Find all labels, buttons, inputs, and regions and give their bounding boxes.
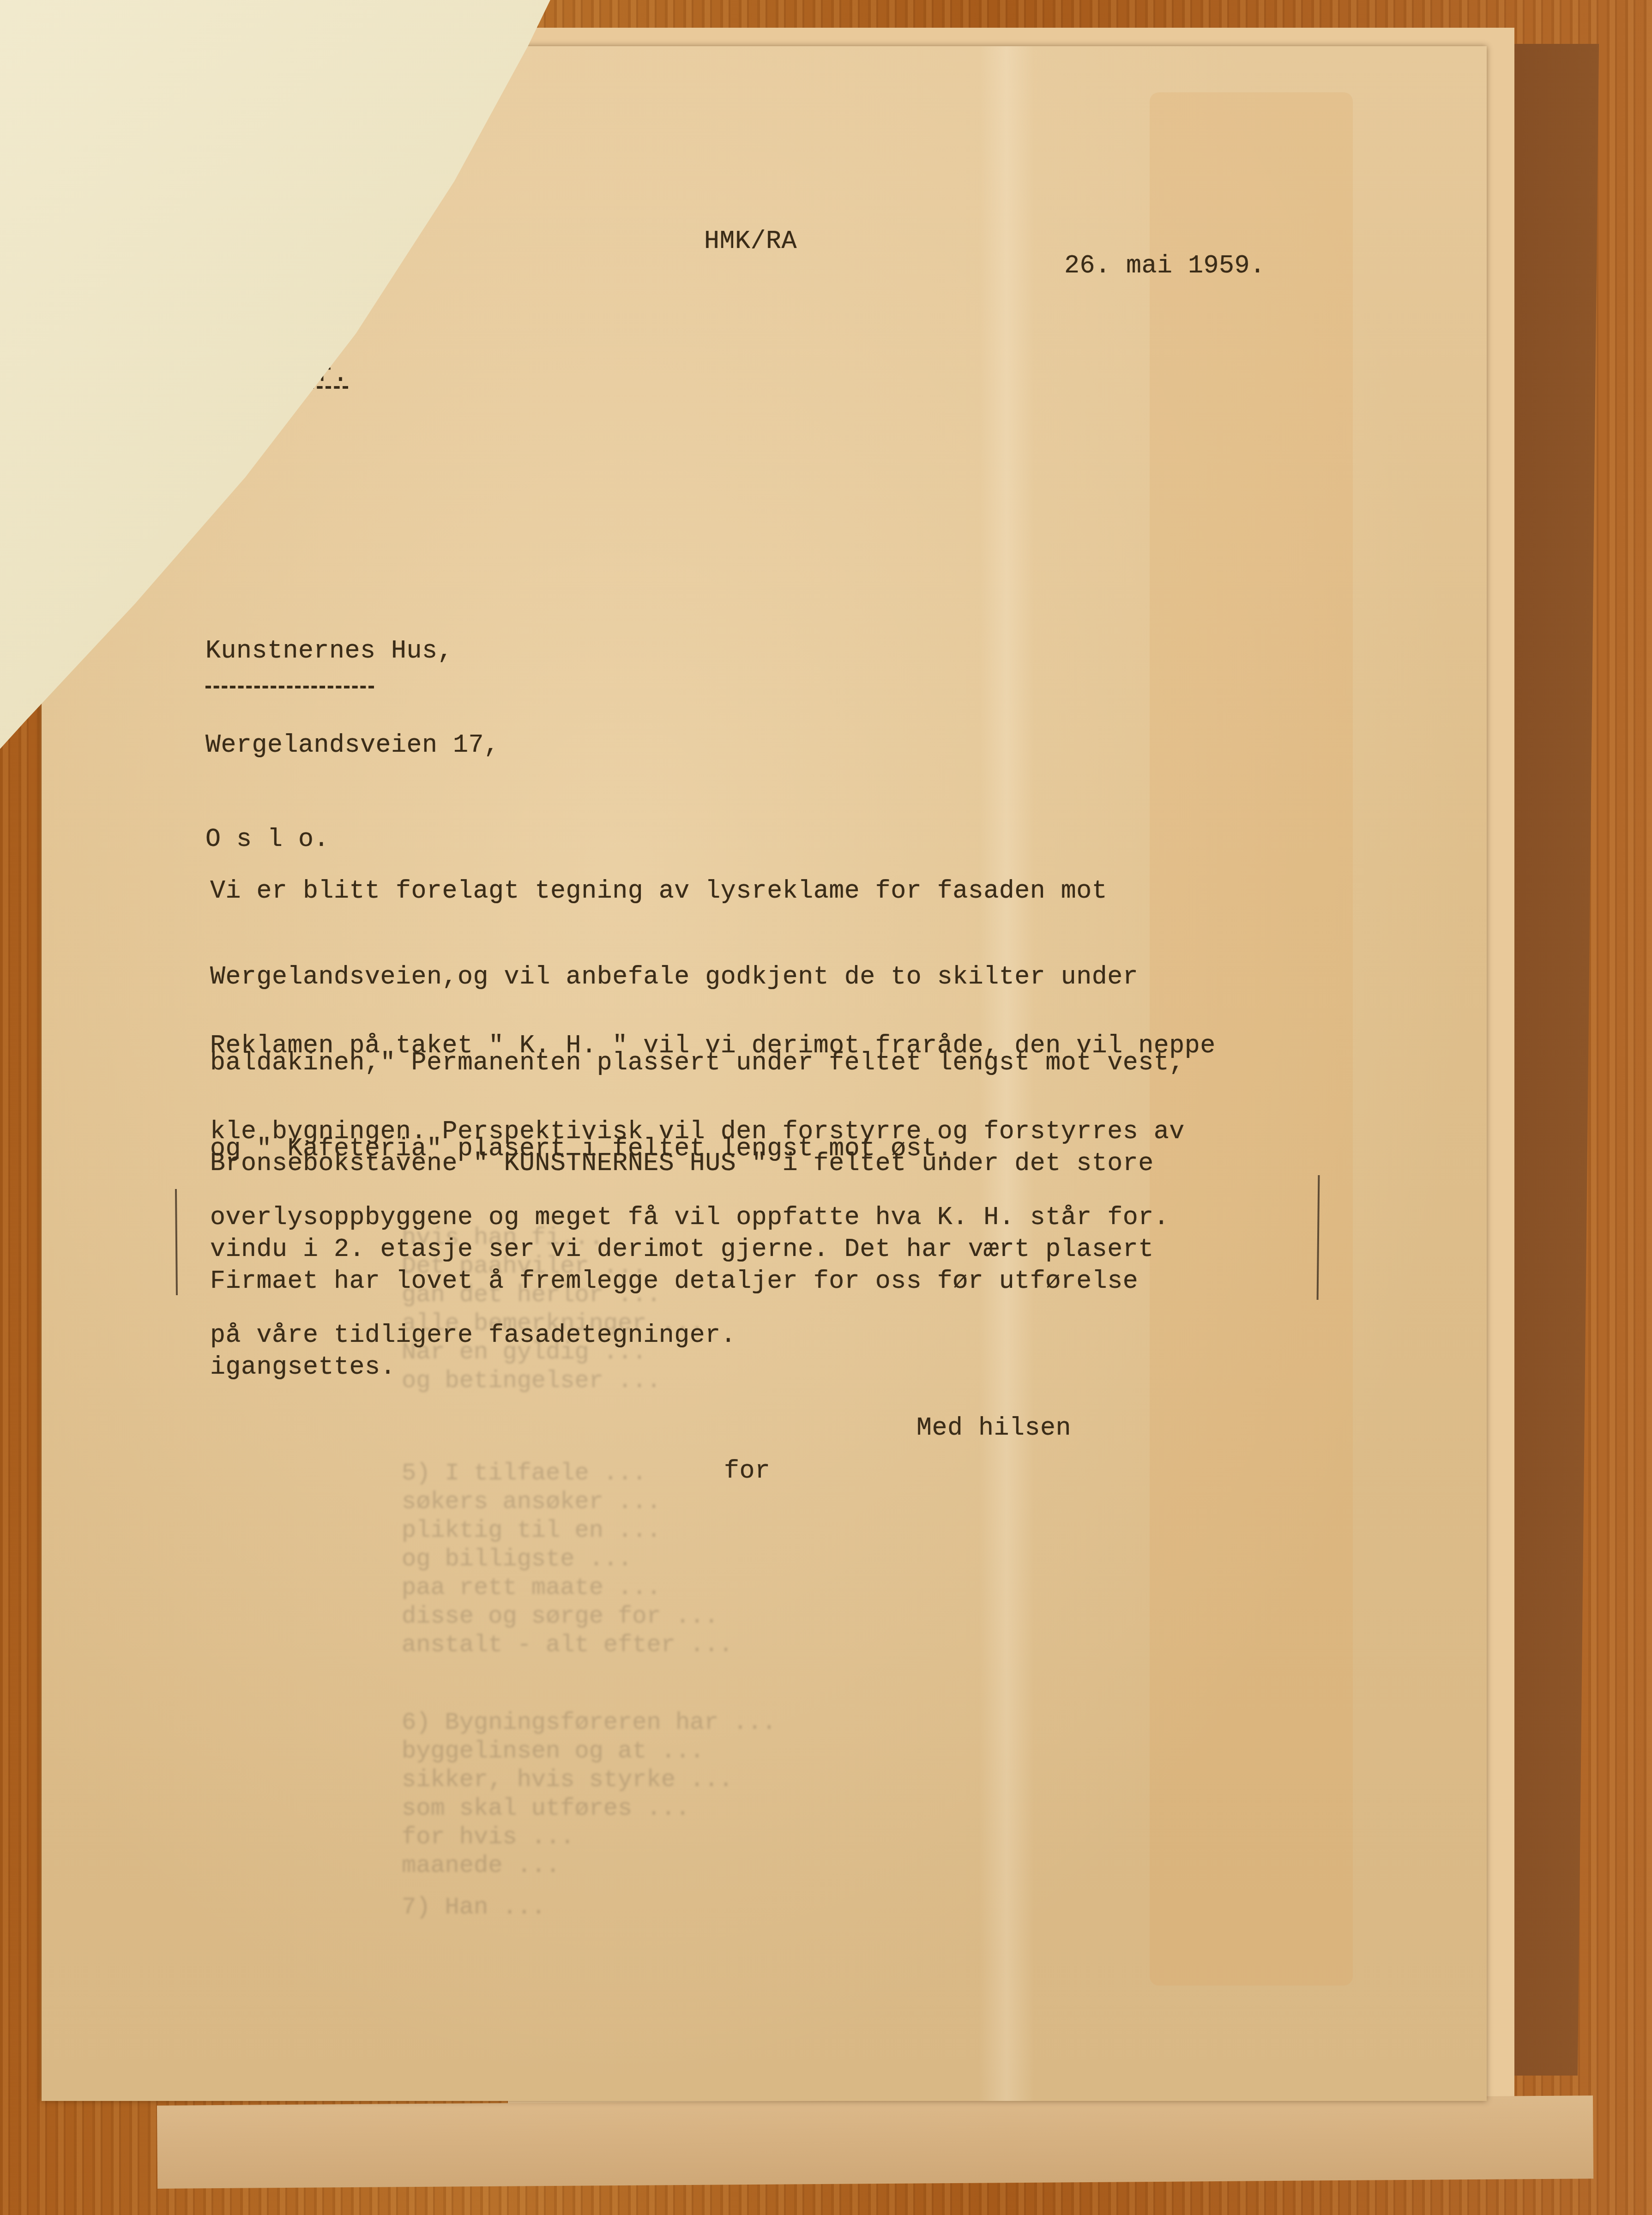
paragraph-line: Firmaet har lovet å fremlegge detaljer f… <box>210 1267 1411 1296</box>
reference-code: HMK/RA <box>704 227 797 256</box>
paragraph-4: Firmaet har lovet å fremlegge detaljer f… <box>210 1210 1411 1410</box>
curl-show-through-text: ... ... ... <box>0 0 138 455</box>
paragraph-line: Reklamen på taket " K. H. " vil vi derim… <box>210 1032 1411 1060</box>
address-line-street: Wergelandsveien 17, <box>205 730 500 761</box>
address-line-name: Kunstnernes Hus, <box>205 635 500 667</box>
paragraph-line: Bronsebokstavene " KUNSTNERNES HUS " i f… <box>210 1149 1411 1178</box>
paragraph-line: Vi er blitt forelagt tegning av lysrekla… <box>210 877 1411 905</box>
signature-prefix: for <box>724 1457 771 1485</box>
closing-salutation: Med hilsen <box>916 1414 1071 1442</box>
bottom-sheet-edge <box>157 2095 1593 2189</box>
address-underline <box>205 686 374 688</box>
paragraph-line: igangsettes. <box>210 1353 1411 1382</box>
letter-date: 26. mai 1959. <box>1064 252 1266 280</box>
